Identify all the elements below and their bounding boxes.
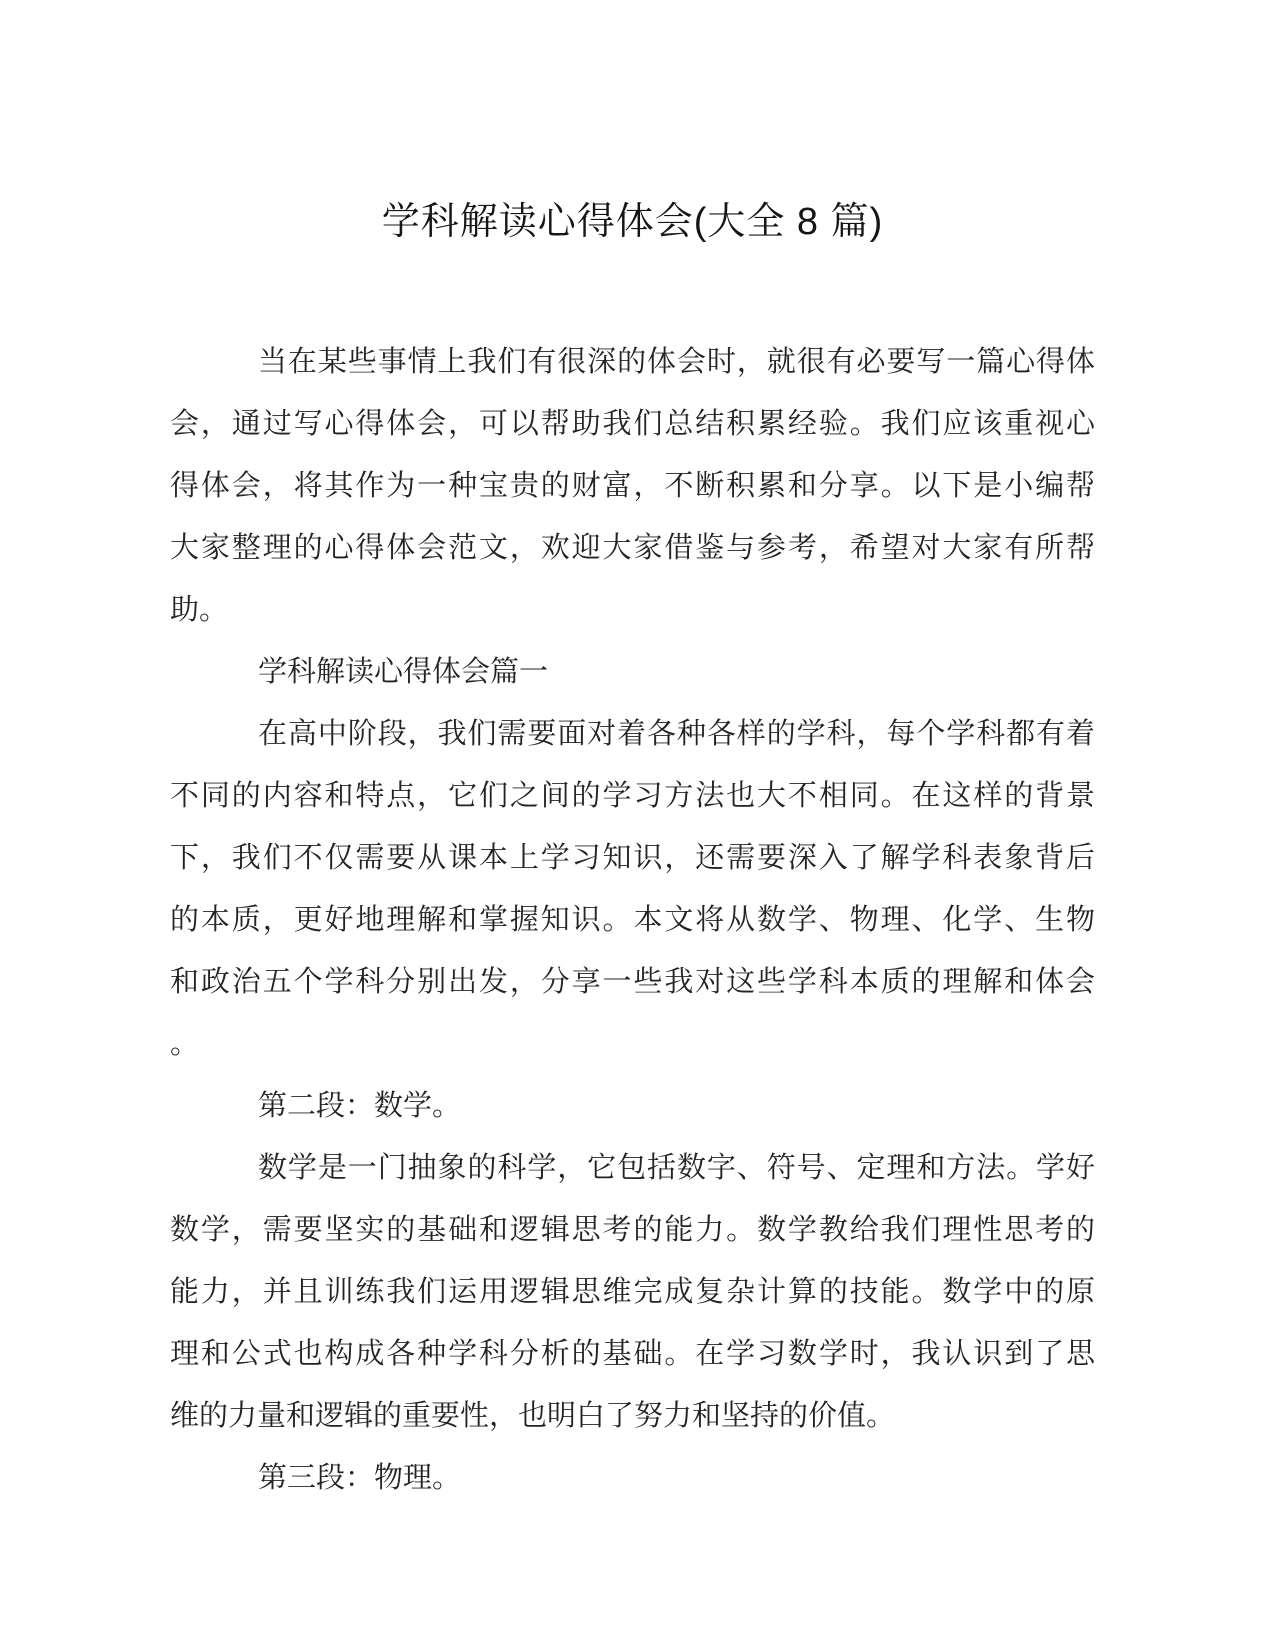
body-line: 会，通过写心得体会，可以帮助我们总结积累经验。我们应该重视心 — [170, 393, 1095, 455]
body-line: 的本质，更好地理解和掌握知识。本文将从数学、物理、化学、生物 — [170, 889, 1095, 951]
body-line: 。 — [170, 1013, 1095, 1075]
body-line: 和政治五个学科分别出发，分享一些我对这些学科本质的理解和体会 — [170, 951, 1095, 1013]
document-body: 当在某些事情上我们有很深的体会时，就很有必要写一篇心得体会，通过写心得体会，可以… — [0, 331, 1275, 1509]
body-line: 理和公式也构成各种学科分析的基础。在学习数学时，我认识到了思 — [170, 1323, 1095, 1385]
body-line: 第二段：数学。 — [170, 1075, 1095, 1137]
body-line: 数学是一门抽象的科学，它包括数字、符号、定理和方法。学好 — [170, 1137, 1095, 1199]
body-line: 大家整理的心得体会范文，欢迎大家借鉴与参考，希望对大家有所帮 — [170, 517, 1095, 579]
body-line: 第三段：物理。 — [170, 1447, 1095, 1509]
document-page: 学科解读心得体会(大全 8 篇) 当在某些事情上我们有很深的体会时，就很有必要写… — [0, 0, 1275, 1650]
body-line: 维的力量和逻辑的重要性，也明白了努力和坚持的价值。 — [170, 1385, 1095, 1447]
body-line: 学科解读心得体会篇一 — [170, 641, 1095, 703]
body-line: 能力，并且训练我们运用逻辑思维完成复杂计算的技能。数学中的原 — [170, 1261, 1095, 1323]
body-line: 数学，需要坚实的基础和逻辑思考的能力。数学教给我们理性思考的 — [170, 1199, 1095, 1261]
body-line: 不同的内容和特点，它们之间的学习方法也大不相同。在这样的背景 — [170, 765, 1095, 827]
body-line: 助。 — [170, 579, 1095, 641]
body-line: 在高中阶段，我们需要面对着各种各样的学科，每个学科都有着 — [170, 703, 1095, 765]
body-line: 当在某些事情上我们有很深的体会时，就很有必要写一篇心得体 — [170, 331, 1095, 393]
body-line: 得体会，将其作为一种宝贵的财富，不断积累和分享。以下是小编帮 — [170, 455, 1095, 517]
document-title: 学科解读心得体会(大全 8 篇) — [0, 0, 1275, 248]
body-line: 下，我们不仅需要从课本上学习知识，还需要深入了解学科表象背后 — [170, 827, 1095, 889]
